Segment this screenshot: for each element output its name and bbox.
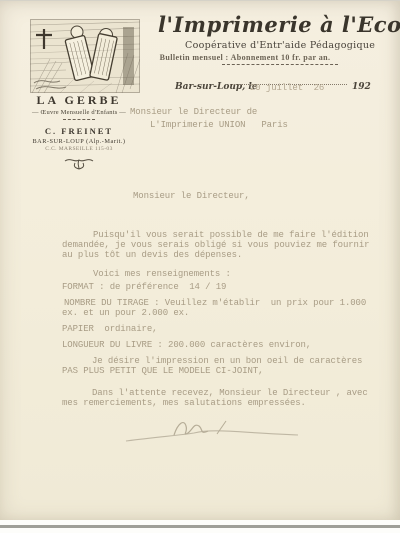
printing-press-engraving-icon: [30, 19, 140, 93]
scanned-letter: LA GERBE — Œuvre Mensuelle d'Enfants — C…: [0, 0, 400, 533]
body-line: PAS PLUS PETIT QUE LE MODELE CI-JOINT,: [62, 366, 263, 376]
handwritten-signature: [122, 411, 302, 451]
scan-edge-line: [0, 525, 400, 528]
spec-line-tirage-cont: ex. et un pour 2.000 ex.: [62, 308, 189, 318]
brand-divider: [63, 119, 95, 120]
salutation: Monsieur le Directeur,: [133, 191, 250, 201]
addressee-line: Monsieur le Directeur de: [130, 107, 257, 117]
body-line: Puisqu'il vous serait possible de me fai…: [93, 230, 369, 240]
masthead-left: LA GERBE — Œuvre Mensuelle d'Enfants — C…: [20, 93, 138, 177]
addressee-line: L'Imprimerie UNION Paris: [150, 120, 288, 130]
letterhead-subtitle: Coopérative d'Entr'aide Pédagogique: [185, 40, 347, 51]
bulletin-line: Bulletin mensuel : Abonnement 10 fr. par…: [152, 53, 338, 62]
address-line: BAR-SUR-LOUP (Alp.-Marit.): [20, 138, 138, 145]
letterhead-title: l'Imprimerie à l'Ecole: [158, 12, 384, 37]
bulletin-underline: [222, 64, 338, 65]
spec-line-papier: PAPIER ordinaire,: [62, 324, 157, 334]
brand-subtitle: — Œuvre Mensuelle d'Enfants —: [20, 109, 138, 116]
body-line: Je désire l'impression en un bon oeil de…: [92, 356, 362, 366]
brand-title: LA GERBE: [20, 93, 138, 108]
typed-date: 20 juillet 26: [250, 83, 324, 93]
letter-paper: LA GERBE — Œuvre Mensuelle d'Enfants — C…: [0, 1, 400, 521]
body-line: demandée, je vous serais obligé si vous …: [62, 240, 369, 250]
spec-line-longueur: LONGUEUR DU LIVRE : 200.000 caractères e…: [62, 340, 311, 350]
person-name: C. FREINET: [20, 126, 138, 136]
body-line: Voici mes renseignements :: [93, 269, 231, 279]
closing-line: mes remerciements, mes salutations empre…: [62, 398, 306, 408]
spec-line-format: FORMAT : de préférence 14 / 19: [62, 282, 226, 292]
printed-year: 192: [352, 82, 371, 92]
spec-line-tirage: NOMBRE DU TIRAGE : Veuillez m'établir un…: [64, 298, 366, 308]
fleuron-ornament-icon: [62, 154, 96, 172]
body-line: au plus tôt un devis des dépenses.: [62, 250, 242, 260]
closing-line: Dans l'attente recevez, Monsieur le Dire…: [92, 388, 368, 398]
account-line: C.C. MARSEILLE 115-03: [20, 146, 138, 152]
